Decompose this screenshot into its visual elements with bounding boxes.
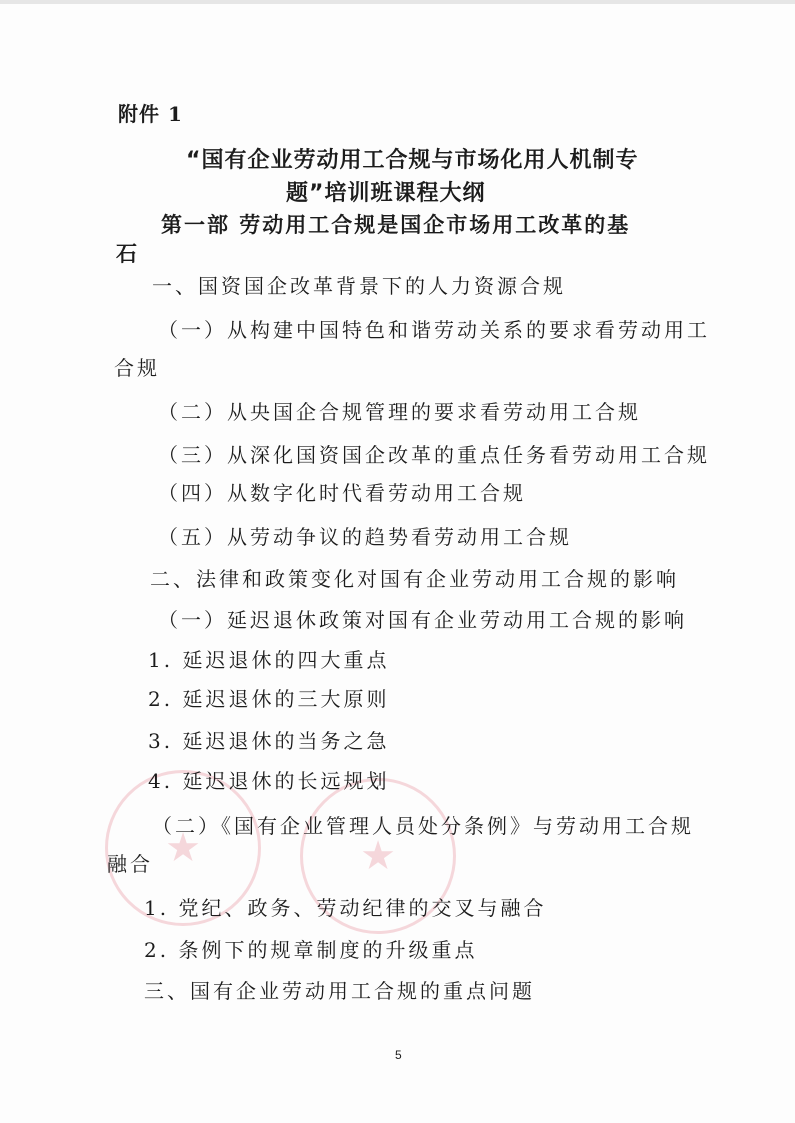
subsection: （三）从深化国资国企改革的重点任务看劳动用工合规 <box>158 439 710 468</box>
subsection: （四）从数字化时代看劳动用工合规 <box>158 477 526 506</box>
list-item: 3. 延迟退休的当务之急 <box>148 725 389 754</box>
part-heading-line1: 第一部 劳动用工合规是国企市场用工改革的基 <box>161 209 630 239</box>
section-heading: 三、国有企业劳动用工合规的重点问题 <box>144 975 535 1004</box>
subsection: （一）从构建中国特色和谐劳动关系的要求看劳动用工 <box>158 314 710 343</box>
subsection: （一）延迟退休政策对国有企业劳动用工合规的影响 <box>158 604 687 633</box>
list-item: 1. 党纪、政务、劳动纪律的交叉与融合 <box>144 892 546 921</box>
subsection: （五）从劳动争议的趋势看劳动用工合规 <box>158 521 572 550</box>
subsection-continuation: 融合 <box>107 848 153 877</box>
subsection-continuation: 合规 <box>114 352 160 381</box>
attachment-label: 附件 1 <box>118 98 183 127</box>
section-heading: 二、法律和政策变化对国有企业劳动用工合规的影响 <box>150 563 679 592</box>
section-heading: 一、国资国企改革背景下的人力资源合规 <box>152 270 566 299</box>
list-item: 1. 延迟退休的四大重点 <box>148 644 389 673</box>
page-number: 5 <box>395 1048 402 1062</box>
subsection: （二）从央国企合规管理的要求看劳动用工合规 <box>158 396 641 425</box>
list-item: 2. 延迟退休的三大原则 <box>148 683 389 712</box>
list-item: 2. 条例下的规章制度的升级重点 <box>144 934 477 963</box>
document-title-line1: “国有企业劳动用工合规与市场化用人机制专 <box>186 143 638 174</box>
part-heading-line2: 石 <box>116 238 139 268</box>
document-title-line2: 题”培训班课程大纲 <box>286 176 485 207</box>
star-icon: ★ <box>360 833 396 879</box>
page-top-edge <box>0 0 795 4</box>
list-item: 4. 延迟退休的长远规划 <box>148 765 389 794</box>
subsection: （二）《国有企业管理人员处分条例》与劳动用工合规 <box>152 810 694 839</box>
